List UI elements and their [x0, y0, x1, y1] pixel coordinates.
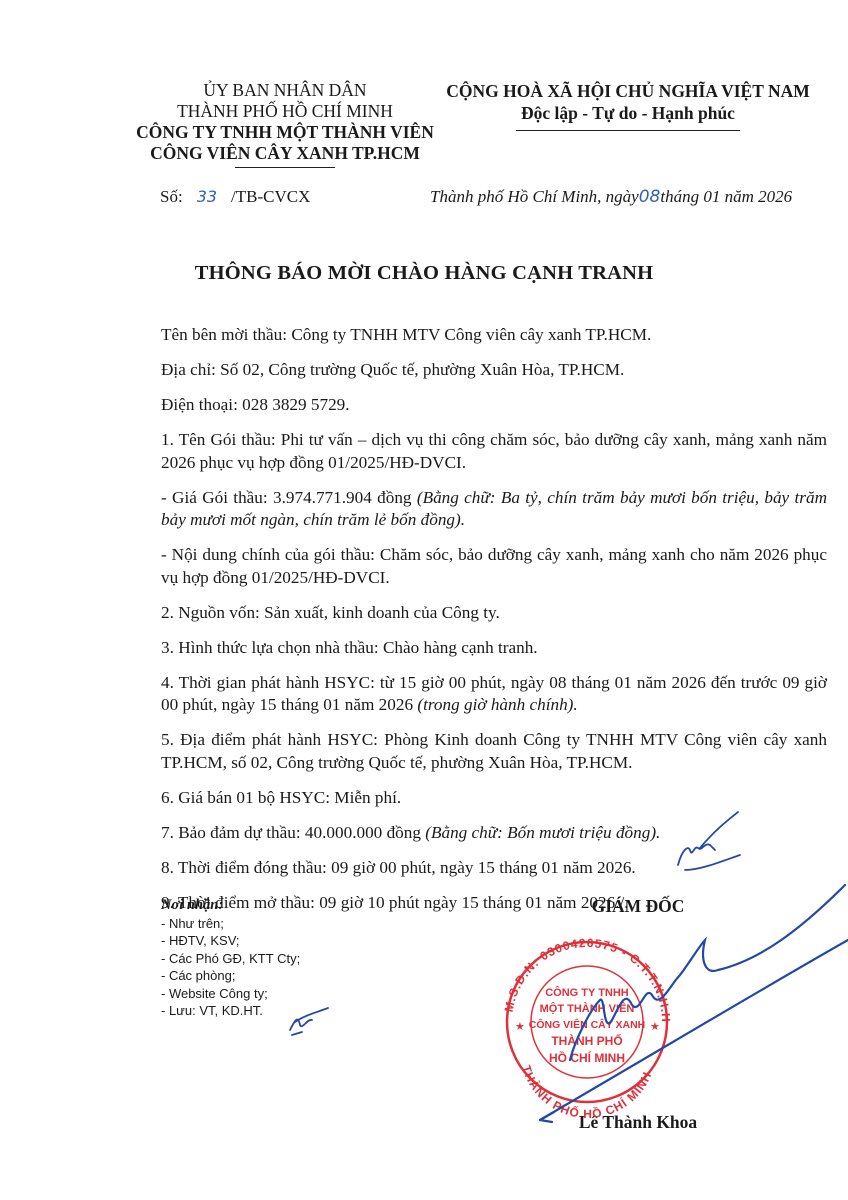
svg-text:★: ★ [515, 1021, 525, 1033]
svg-text:THÀNH PHỐ: THÀNH PHỐ [551, 1033, 622, 1048]
svg-text:HỒ CHÍ MINH: HỒ CHÍ MINH [549, 1050, 625, 1065]
svg-text:CÔNG TY TNHH: CÔNG TY TNHH [545, 986, 629, 999]
svg-text:★: ★ [650, 1021, 660, 1033]
stamp-and-signatures: M.S.D.N: 0300426575 - C.T.T.N.H.H THÀNH … [0, 0, 848, 1200]
